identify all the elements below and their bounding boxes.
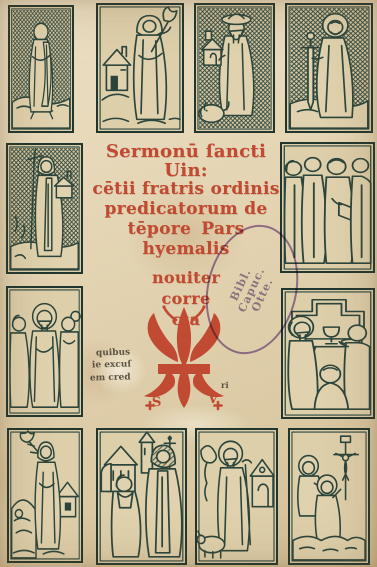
scanned-title-page: Sermonū ſancti Uin: cētii fratris ordini…	[0, 0, 377, 567]
woodcut-panel-bottom-4	[288, 428, 370, 565]
woodcut-panel-bottom-1	[7, 428, 83, 563]
woodcut-preaching-friar-icon	[8, 288, 81, 415]
woodcut-panel-top-4	[285, 3, 373, 133]
title-line: Sermonū ſancti Uin:	[84, 142, 288, 180]
woodcut-friar-group-icon	[282, 144, 373, 271]
showthrough-text: ri	[221, 380, 229, 392]
woodcut-panel-bottom-2	[96, 428, 187, 565]
woodcut-panel-right-2	[281, 288, 375, 419]
woodcut-panel-left-1	[6, 143, 83, 274]
woodcut-friar-with-lily-icon	[98, 5, 182, 131]
woodcut-crucifixion-icon	[290, 430, 368, 563]
woodcut-panel-top-3	[194, 3, 275, 133]
title-line: predicatorum de	[84, 199, 288, 219]
woodcut-meal-scene-icon	[283, 290, 373, 417]
printer-mark-letter-left: S	[151, 395, 161, 411]
showthrough-text: quibus	[96, 347, 130, 360]
woodcut-saint-with-palm-icon	[10, 7, 72, 131]
woodcut-procession-icon	[98, 430, 185, 563]
showthrough-text: ie excuſ	[92, 358, 132, 371]
showthrough-text: em cred	[90, 371, 131, 384]
woodcut-paul-with-sword-icon	[287, 5, 371, 131]
woodcut-panel-left-2	[6, 286, 83, 417]
woodcut-jerome-with-lion-icon	[196, 5, 273, 131]
title-line: cētii fratris ordinis	[84, 180, 288, 199]
woodcut-panel-top-1	[8, 5, 74, 133]
woodcut-hermit-with-animal-icon	[197, 430, 276, 563]
printer-mark-letter-right: V	[208, 392, 219, 408]
woodcut-panel-bottom-3	[195, 428, 278, 565]
woodcut-panel-top-2	[96, 3, 184, 133]
woodcut-friar-with-branch-icon	[9, 430, 81, 561]
library-stamp-text: Bibl. Capuc. Otte.	[226, 260, 279, 319]
woodcut-saint-cross-staff-icon	[8, 145, 81, 272]
